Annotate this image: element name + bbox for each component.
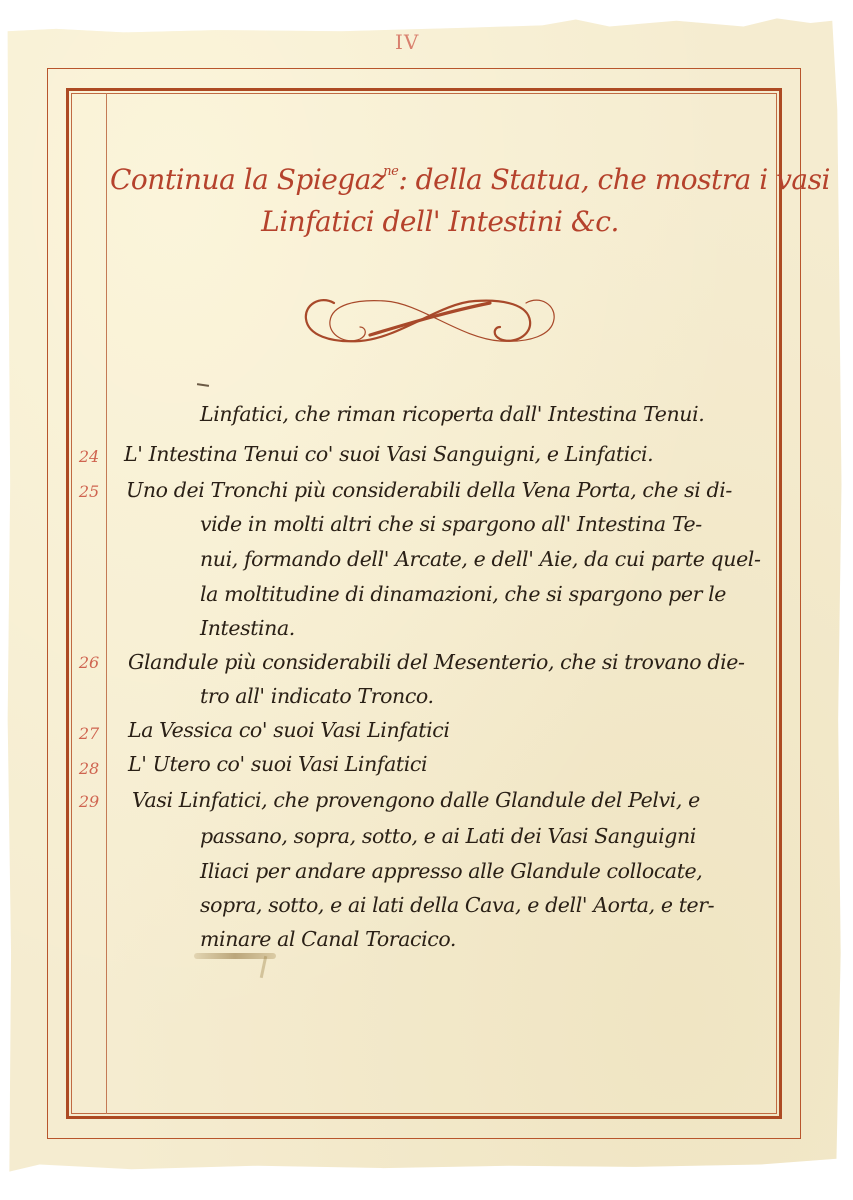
margin-number: 27 [72, 724, 106, 743]
entry-line: Vasi Linfatici, che provengono dalle Gla… [132, 788, 700, 812]
entry-line: la moltitudine di dinamazioni, che si sp… [200, 582, 726, 606]
title-superscript: ne [383, 164, 398, 179]
entry-line: nui, formando dell' Arcate, e dell' Aie,… [200, 547, 760, 571]
entry-line: minare al Canal Toracico. [200, 927, 456, 951]
title-line-1: Continua la Spiegazne: della Statua, che… [110, 163, 770, 196]
entry-line: vide in molti altri che si spargono all'… [200, 512, 702, 536]
entry-line: tro all' indicato Tronco. [200, 684, 434, 708]
margin-number: 25 [72, 482, 106, 501]
entry-line: Glandule più considerabili del Mesenteri… [128, 650, 745, 674]
entry-line: Iliaci per andare appresso alle Glandule… [200, 859, 702, 883]
title-prefix: Continua la Spiegaz [110, 163, 385, 196]
title-suffix: : della Statua, che mostra i vasi [398, 163, 830, 196]
margin-number: 28 [72, 759, 106, 778]
page-number: IV [395, 30, 419, 54]
entry-line: La Vessica co' suoi Vasi Linfatici [128, 718, 450, 742]
margin-number: 26 [72, 653, 106, 672]
entry-line: sopra, sotto, e ai lati della Cava, e de… [200, 893, 714, 917]
entry-line: Linfatici, che riman ricoperta dall' Int… [200, 402, 704, 426]
entry-line: passano, sopra, sotto, e ai Lati dei Vas… [200, 824, 696, 848]
margin-number: 29 [72, 792, 106, 811]
entry-line: Intestina. [200, 616, 295, 640]
title-line-2: Linfatici dell' Intestini &c. [110, 205, 770, 238]
entry-line: L' Utero co' suoi Vasi Linfatici [128, 752, 427, 776]
calligraphic-flourish-icon [300, 283, 560, 358]
margin-rule [106, 93, 107, 1114]
entry-line: Uno dei Tronchi più considerabili della … [126, 478, 732, 502]
margin-number: 24 [72, 447, 106, 466]
entry-line: L' Intestina Tenui co' suoi Vasi Sanguig… [124, 442, 653, 466]
